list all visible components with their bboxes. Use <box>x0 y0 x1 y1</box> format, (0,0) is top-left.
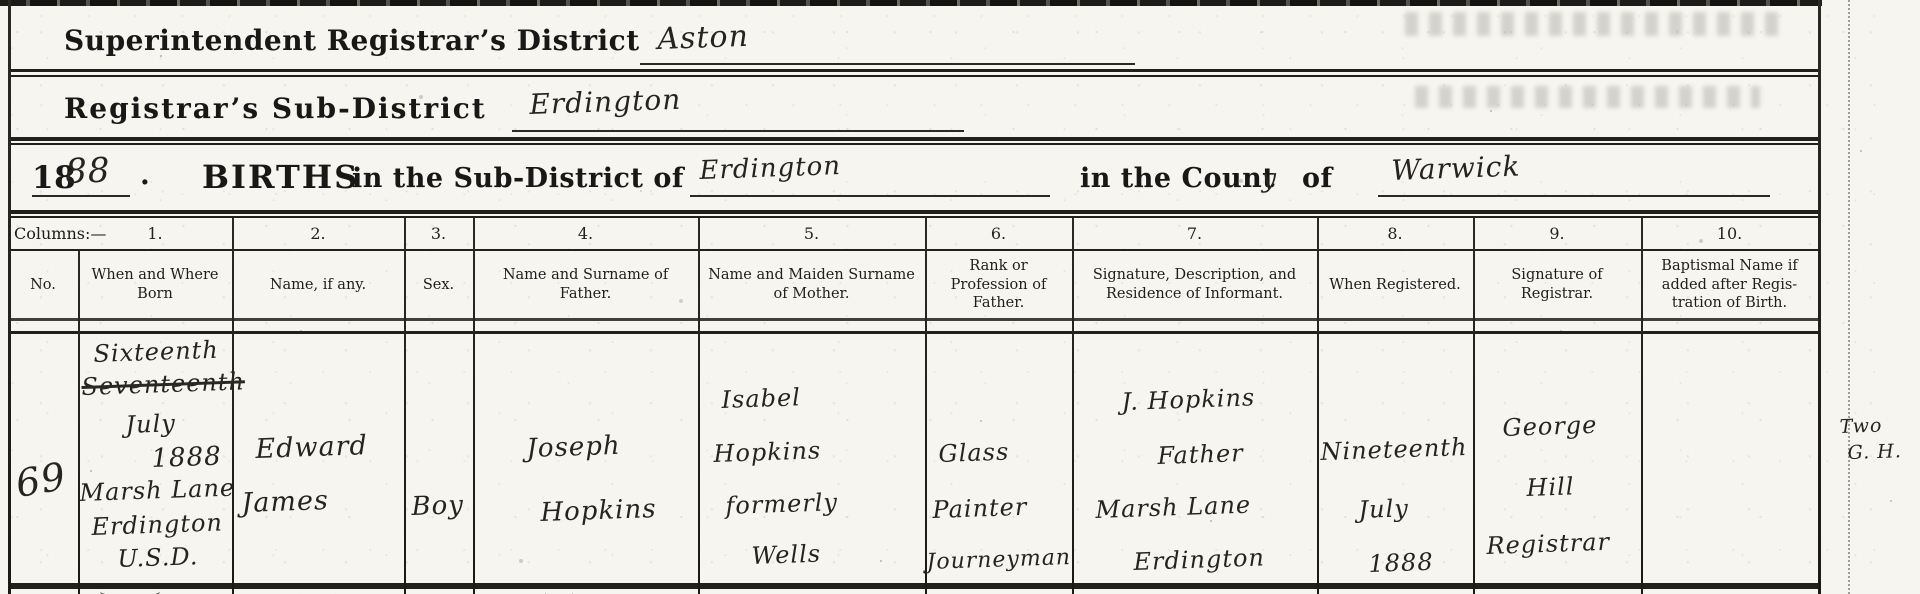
entry-mother-1: Isabel <box>721 383 801 414</box>
header-father: Name and Surname of Father. <box>473 254 698 316</box>
entry-cell-father: Joseph Hopkins <box>473 336 698 586</box>
entry-sex: Boy <box>411 490 464 522</box>
rule <box>8 75 1820 77</box>
column-number-10: 10. <box>1641 221 1818 247</box>
margin-fold-line <box>1848 0 1850 594</box>
entry-mother-2: Hopkins <box>713 436 822 468</box>
header-informant: Signature, Description, and Residence of… <box>1072 254 1317 316</box>
entry-born-year: 1888 <box>151 442 222 474</box>
entry-rank-3: Journeyman <box>926 545 1071 575</box>
next-row-ink-fragment <box>100 584 160 594</box>
title-year-handwritten: 88 <box>65 150 112 192</box>
title-period: . <box>140 158 150 191</box>
superintendent-district-value: Aston <box>657 19 750 57</box>
entry-born-place-2: Erdington <box>91 508 223 541</box>
column-number-2: 2. <box>232 221 404 247</box>
entry-rank-1: Glass <box>938 438 1010 468</box>
column-number-3: 3. <box>404 221 473 247</box>
entry-name-2: James <box>241 485 329 519</box>
subdistrict-value: Erdington <box>529 83 682 121</box>
bleedthrough-smudge <box>1405 12 1780 36</box>
entry-registrar-2: Hill <box>1526 472 1575 502</box>
entry-name-1: Edward <box>255 430 368 465</box>
next-row-ink-fragment <box>300 586 336 594</box>
entry-rank-2: Painter <box>932 493 1028 524</box>
title-county-value: Warwick <box>1391 150 1521 187</box>
column-number-7: 7. <box>1072 221 1317 247</box>
entry-cell-informant: J. Hopkins Father Marsh Lane Erdington <box>1072 336 1317 586</box>
rule <box>8 143 1820 145</box>
header-baptismal: Baptismal Name if added after Regis­trat… <box>1641 254 1818 316</box>
entry-cell-when-where-born: Sixteenth Seventeenth July 1888 Marsh La… <box>78 336 232 586</box>
entry-cell-sex: Boy <box>404 336 473 586</box>
column-number-8: 8. <box>1317 221 1473 247</box>
entry-cell-no: 69 <box>8 336 78 586</box>
rule <box>8 318 1820 321</box>
entry-cell-registrar: George Hill Registrar <box>1473 336 1641 586</box>
column-number-4: 4. <box>473 221 698 247</box>
entry-born-month: July <box>125 409 176 439</box>
entry-informant-1: J. Hopkins <box>1121 383 1256 416</box>
header-registered: When Registered. <box>1317 254 1473 316</box>
title-births-word: BIRTHS <box>202 158 359 196</box>
header-when-where-born: When and Where Born <box>78 254 232 316</box>
column-number-5: 5. <box>698 221 925 247</box>
entry-no: 69 <box>12 454 69 506</box>
column-number-6: 6. <box>925 221 1072 247</box>
fill-line <box>690 195 1050 197</box>
title-subdistrict-value: Erdington <box>699 151 842 186</box>
entry-born-day-corrected: Sixteenth <box>93 336 219 368</box>
fill-line <box>1378 195 1770 197</box>
entry-registrar-3: Registrar <box>1486 528 1610 560</box>
entry-cell-mother: Isabel Hopkins formerly Wells <box>698 336 925 586</box>
paper-speckles <box>0 0 2 2</box>
rule <box>8 249 1820 251</box>
entry-cell-baptismal <box>1641 336 1818 586</box>
header-rank: Rank or Profession of Father. <box>925 254 1072 316</box>
entry-informant-2: Father <box>1157 439 1244 470</box>
header-sex: Sex. <box>404 254 473 316</box>
title-county-inserted-y: y <box>1261 163 1278 194</box>
entry-father-2: Hopkins <box>540 494 657 528</box>
entry-born-place-1: Marsh Lane <box>79 474 236 507</box>
header-mother: Name and Maiden Surname of Mother. <box>698 254 925 316</box>
entry-cell-name: Edward James <box>232 336 404 586</box>
header-no: No. <box>8 254 78 316</box>
entry-born-place-3: U.S.D. <box>117 542 199 573</box>
entry-registered-3: 1888 <box>1368 548 1434 578</box>
entry-born-day-struck: Seventeenth <box>81 367 245 401</box>
entry-registered-2: July <box>1358 494 1409 524</box>
bleedthrough-smudge <box>1415 86 1760 108</box>
entry-registrar-1: George <box>1502 411 1598 442</box>
rule <box>8 216 1820 218</box>
table-right-border <box>1818 0 1821 594</box>
column-number-9: 9. <box>1473 221 1641 247</box>
entry-registered-1: Nineteenth <box>1320 433 1468 466</box>
margin-note-line-2: G. H. <box>1847 440 1902 464</box>
rule <box>8 69 1820 72</box>
title-county-label-b: of <box>1302 163 1333 194</box>
title-births-rest: in the Sub-District of <box>352 163 684 194</box>
fill-line <box>512 130 964 132</box>
title-county-label-a: in the Count <box>1080 163 1275 194</box>
fill-line <box>32 195 130 197</box>
subdistrict-label: Registrar’s Sub-District <box>64 92 487 125</box>
margin-note-line-1: Two <box>1839 415 1882 438</box>
header-name: Name, if any. <box>232 254 404 316</box>
entry-father-1: Joseph <box>526 431 621 464</box>
scan-top-edge <box>0 0 1822 6</box>
entry-informant-4: Erdington <box>1133 543 1265 576</box>
superintendent-district-label: Superintendent Registrar’s District <box>64 24 640 57</box>
rule <box>8 210 1820 214</box>
header-registrar: Signature of Registrar. <box>1473 254 1641 316</box>
entry-cell-rank: Glass Painter Journeyman <box>925 336 1072 586</box>
entry-informant-3: Marsh Lane <box>1095 491 1252 524</box>
rule <box>8 331 1820 334</box>
column-number-1: 1. <box>78 221 232 247</box>
next-row-ink-fragment <box>545 585 573 594</box>
entry-mother-3: formerly <box>725 488 838 520</box>
entry-cell-registered: Nineteenth July 1888 <box>1317 336 1473 586</box>
entry-mother-4: Wells <box>751 540 822 570</box>
birth-register-scan: Superintendent Registrar’s District Asto… <box>0 0 1920 594</box>
fill-line <box>640 63 1135 65</box>
rule <box>8 137 1820 141</box>
